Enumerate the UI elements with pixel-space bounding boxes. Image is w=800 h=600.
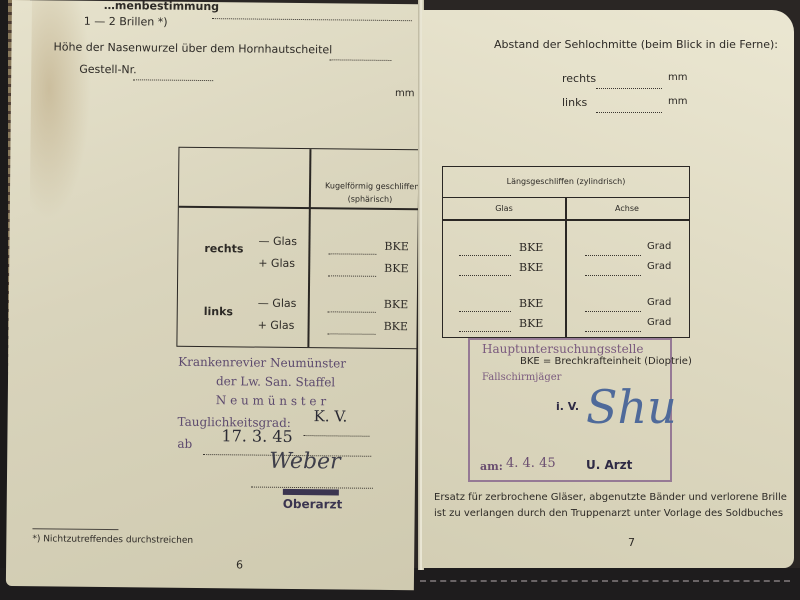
ab-date-value: 17. 3. 45 (221, 426, 292, 446)
links-unit: mm (668, 96, 687, 107)
signature-weber: Weber (269, 449, 341, 475)
cyl-bke-unit-2: BKE (519, 261, 543, 274)
bke-fill-3[interactable] (328, 303, 376, 313)
header-fill-line (212, 10, 412, 21)
cyl-grad-fill-2[interactable] (585, 267, 641, 276)
spherical-header-line2: (sphärisch) (325, 194, 415, 204)
col-header-achse: Achse (565, 204, 689, 213)
bke-unit-2: BKE (384, 262, 408, 275)
cylindrical-lens-table: Längsgeschliffen (zylindrisch) Glas Achs… (442, 166, 690, 338)
signature-shu: Shu (586, 380, 677, 434)
redacted-name-bar (283, 489, 339, 496)
page-number-left: 6 (236, 558, 243, 571)
rechts-unit: mm (668, 72, 687, 83)
cyl-grad-fill-1[interactable] (585, 247, 641, 256)
bke-unit-3: BKE (384, 298, 408, 311)
page-number-right: 7 (628, 536, 635, 549)
stamp-date-label: am: (480, 460, 503, 473)
cyl-bke-unit-4: BKE (519, 317, 543, 330)
cyl-bke-unit-3: BKE (519, 297, 543, 310)
rechts-label: rechts (562, 72, 596, 85)
spherical-header-line1: Kugelförmig geschliffen (325, 181, 415, 191)
row-side-rechts: rechts (204, 242, 243, 255)
bke-fill-1[interactable] (328, 245, 376, 255)
bke-fill-4[interactable] (328, 325, 376, 335)
left-page: …menbestimmung 1 — 2 Brillen *) Höhe der… (6, 0, 420, 590)
row-side-links: links (204, 305, 233, 318)
stamp-hauptuntersuchung-line2: Fallschirmjäger (482, 372, 561, 383)
cyl-grad-unit-4: Grad (647, 317, 671, 328)
rank-oberarzt: Oberarzt (283, 497, 343, 512)
cyl-grad-fill-3[interactable] (585, 303, 641, 312)
water-stain (30, 0, 92, 221)
gestell-fill-line (133, 71, 213, 81)
stamp-krankenrevier-line1: Krankenrevier Neumünster (178, 355, 346, 371)
rechts-fill-line[interactable] (596, 80, 662, 89)
cyl-grad-unit-2: Grad (647, 261, 671, 272)
bke-legend: BKE = Brechkrafteinheit (Dioptrie) (520, 356, 692, 367)
replacement-note-line1: Ersatz für zerbrochene Gläser, abgenutzt… (434, 492, 787, 503)
row-glass-links-plus: + Glas (258, 319, 295, 332)
nasenwurzel-unit: mm (395, 88, 415, 99)
footnote-rule (32, 528, 118, 530)
cyl-bke-fill-1[interactable] (459, 247, 511, 256)
iv-label: i. V. (556, 400, 579, 413)
row-glass-rechts-plus: + Glas (258, 257, 295, 270)
ab-label: ab (177, 437, 192, 451)
row-glass-links-minus: — Glas (258, 297, 297, 310)
bke-unit-4: BKE (384, 320, 408, 333)
tauglichkeit-value: K. V. (314, 407, 348, 425)
bke-unit-1: BKE (384, 240, 408, 253)
right-page: Abstand der Sehlochmitte (beim Blick in … (422, 10, 794, 568)
row-glass-rechts-minus: — Glas (258, 235, 297, 248)
cyl-bke-fill-3[interactable] (459, 303, 511, 312)
stamp-krankenrevier-line2: der Lw. San. Staffel (216, 374, 335, 389)
cyl-bke-fill-2[interactable] (459, 267, 511, 276)
tauglichkeit-line (303, 427, 369, 437)
cyl-bke-fill-4[interactable] (459, 323, 511, 332)
col-header-glas: Glas (443, 204, 565, 213)
brillen-line: 1 — 2 Brillen *) (84, 15, 168, 29)
cyl-grad-unit-3: Grad (647, 297, 671, 308)
header-partial: …menbestimmung (104, 0, 219, 13)
replacement-note-line2: ist zu verlangen durch den Truppenarzt u… (434, 508, 783, 519)
nasenwurzel-label: Höhe der Nasenwurzel über dem Hornhautsc… (53, 40, 332, 56)
stamp-hauptuntersuchung-line1: Hauptuntersuchungsstelle (482, 342, 643, 356)
nasenwurzel-fill-line (329, 51, 391, 61)
abstand-label: Abstand der Sehlochmitte (beim Blick in … (494, 38, 778, 51)
links-fill-line[interactable] (596, 104, 662, 113)
stamp-krankenrevier-line3: N e u m ü n s t e r (216, 393, 326, 408)
gestell-label: Gestell-Nr. (79, 63, 137, 77)
cyl-grad-unit-1: Grad (647, 241, 671, 252)
links-label: links (562, 96, 587, 109)
cylindrical-title: Längsgeschliffen (zylindrisch) (443, 177, 689, 186)
stamp-date-value: 4. 4. 45 (506, 456, 556, 471)
cover-stitching (420, 580, 790, 582)
footnote: *) Nichtzutreffendes durchstreichen (32, 534, 193, 546)
signature-line (251, 479, 373, 489)
spherical-lens-table: Kugelförmig geschliffen (sphärisch) rech… (176, 147, 420, 350)
bke-fill-2[interactable] (328, 267, 376, 277)
cyl-bke-unit-1: BKE (519, 241, 543, 254)
rank-u-arzt: U. Arzt (586, 458, 632, 472)
cyl-grad-fill-4[interactable] (585, 323, 641, 332)
